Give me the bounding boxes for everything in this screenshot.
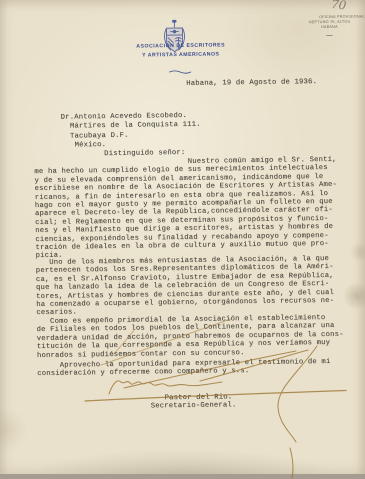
scanned-letter: 70 OFICINA PROVISIONAL NEPTUNO 76, ALTOS… (0, 0, 365, 479)
document-page: 70 OFICINA PROVISIONAL NEPTUNO 76, ALTOS… (0, 0, 365, 474)
handwritten-signature-icon (0, 0, 365, 479)
